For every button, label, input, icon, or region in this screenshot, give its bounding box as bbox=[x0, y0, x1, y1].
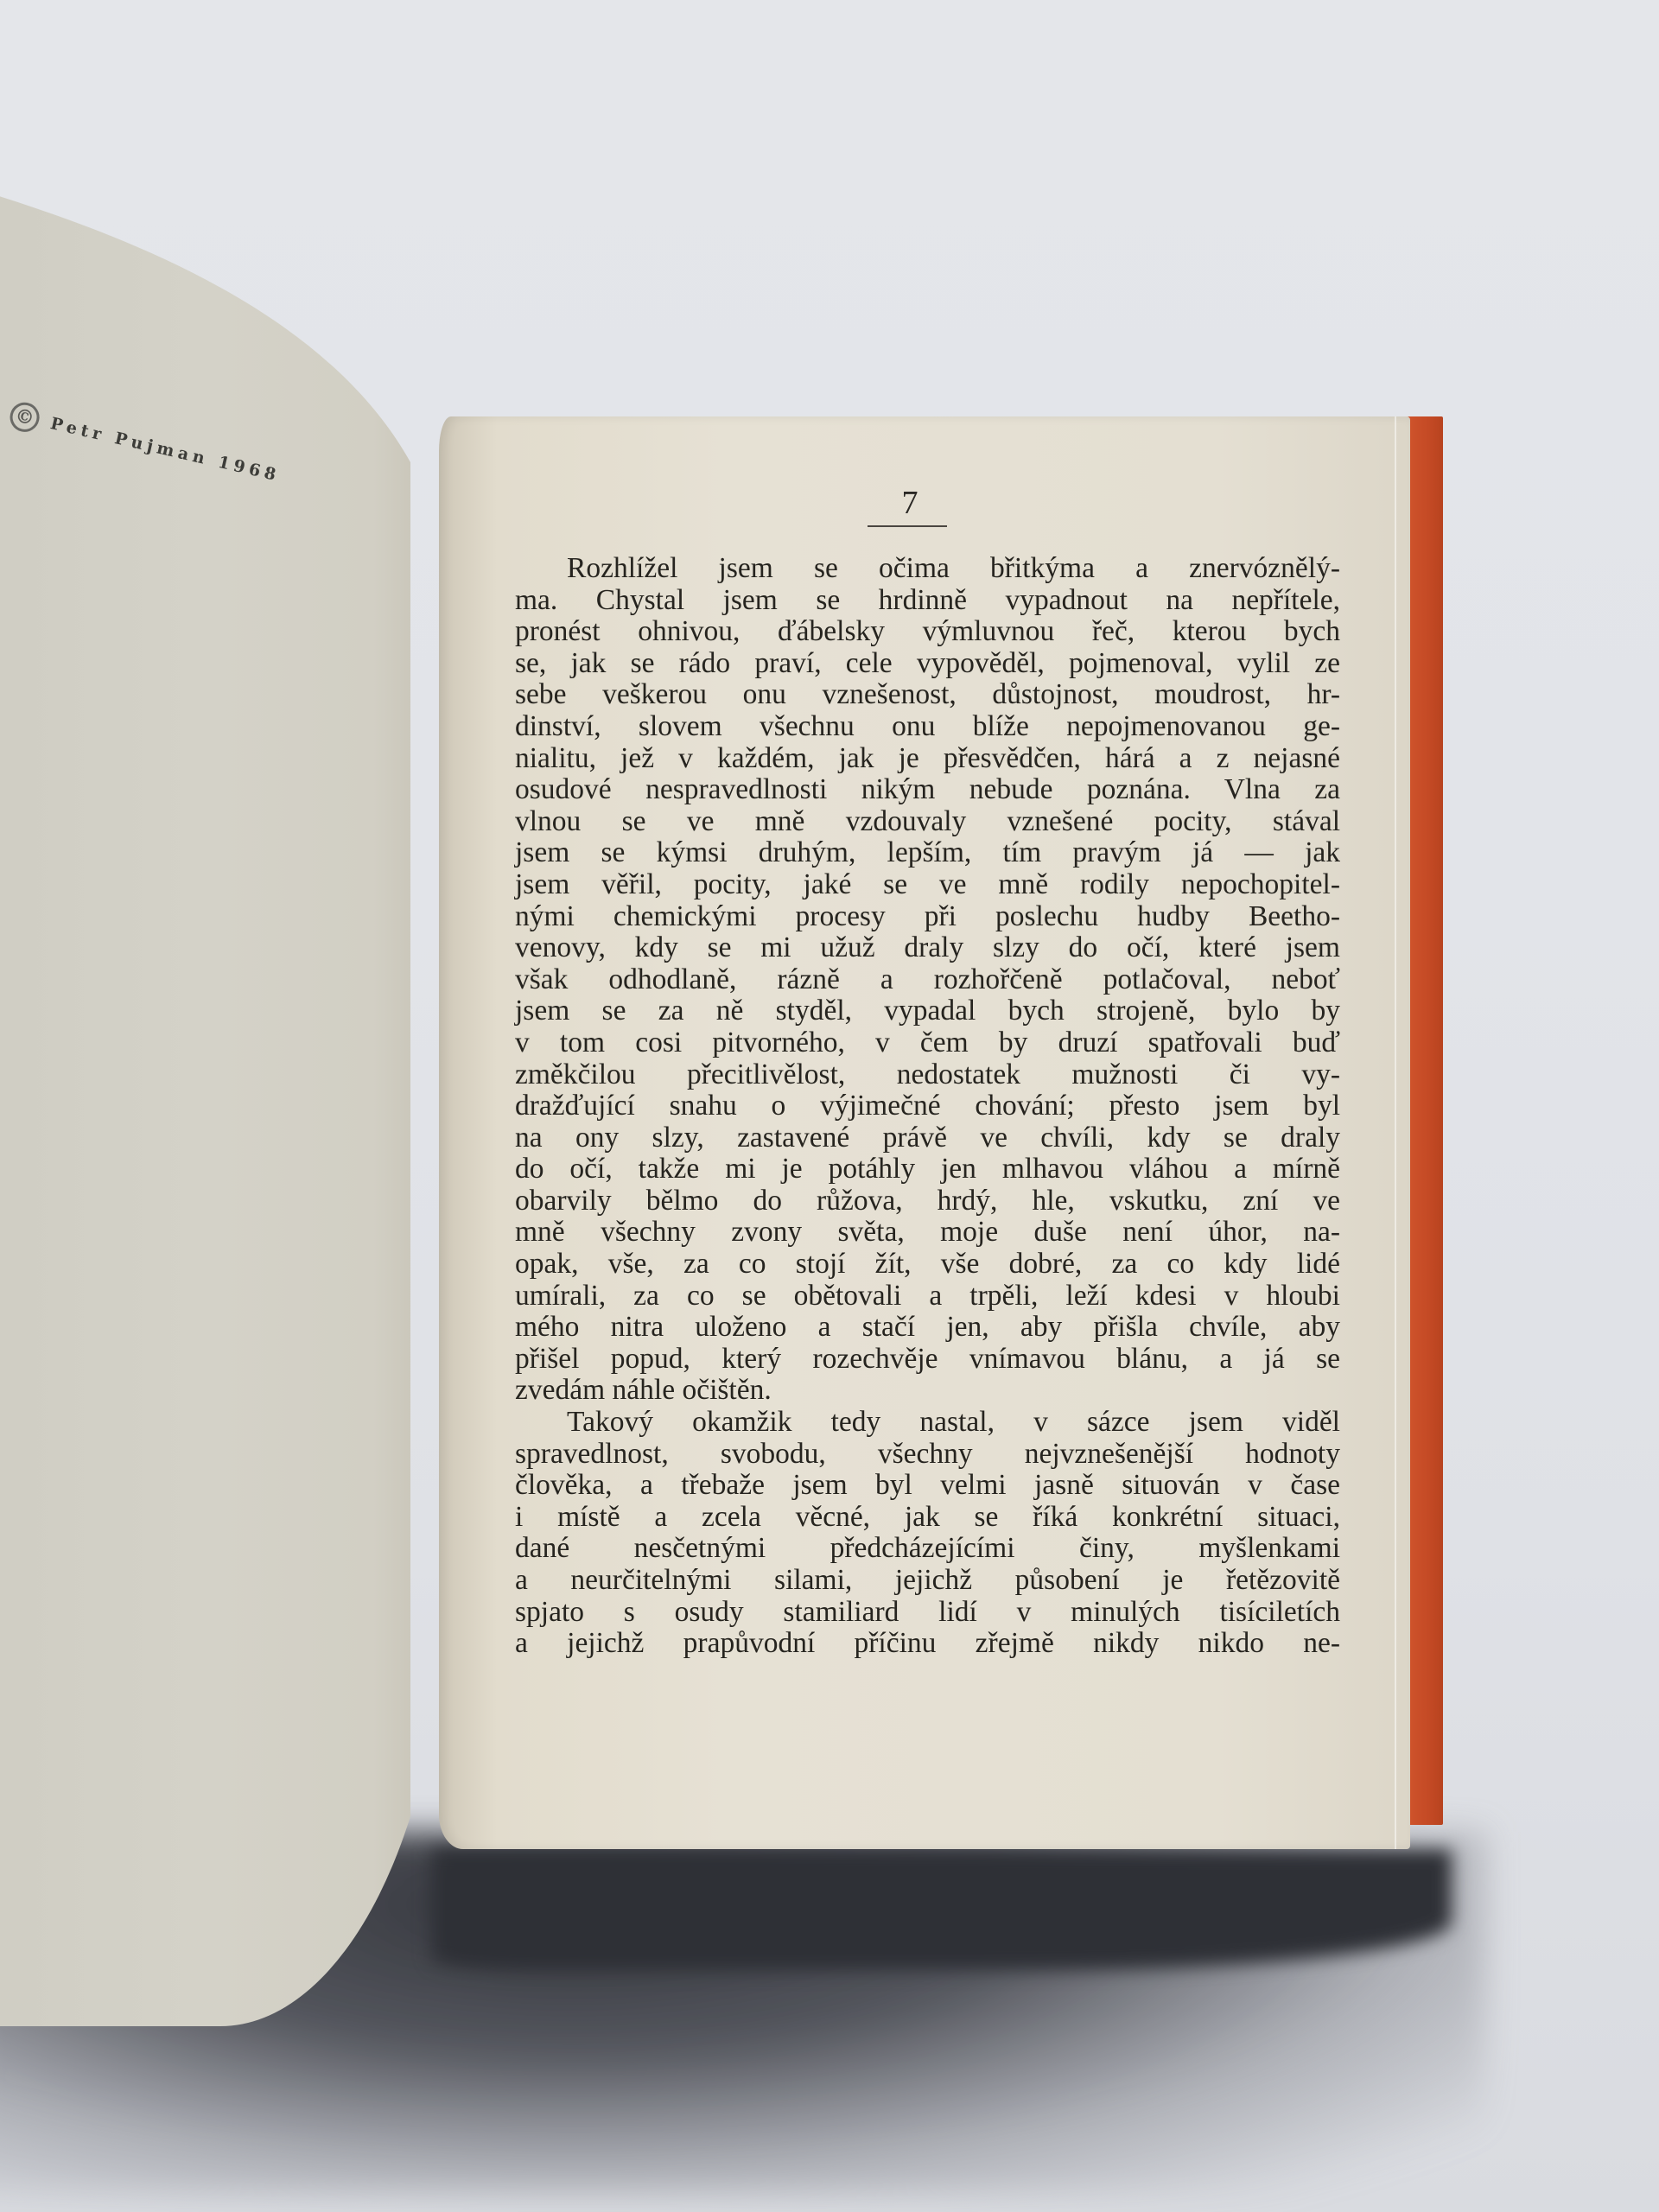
text-line: do očí, takže mi je potáhly jen mlhavou … bbox=[515, 1154, 1340, 1185]
text-line: jsem se kýmsi druhým, lepším, tím pravým… bbox=[515, 837, 1340, 869]
text-line: venovy, kdy se mi užuž draly slzy do očí… bbox=[515, 932, 1340, 964]
page-number-underline bbox=[868, 525, 947, 527]
text-line: jsem se za ně styděl, vypadal bych stroj… bbox=[515, 995, 1340, 1027]
text-line: ma. Chystal jsem se hrdinně vypadnout na… bbox=[515, 585, 1340, 617]
photo-scene: © Petr Pujman 1968 7 Rozhlížel jsem se o… bbox=[0, 0, 1659, 2212]
text-line: v tom cosi pitvorného, v čem by druzí sp… bbox=[515, 1027, 1340, 1059]
text-line: se, jak se rádo praví, cele vypověděl, p… bbox=[515, 648, 1340, 680]
text-line: dražďující snahu o výjimečné chování; př… bbox=[515, 1090, 1340, 1122]
text-line: zvedám náhle očištěn. bbox=[515, 1375, 1340, 1407]
text-line: Rozhlížel jsem se očima břitkýma a znerv… bbox=[515, 553, 1340, 585]
text-line: umírali, za co se obětovali a trpěli, le… bbox=[515, 1281, 1340, 1313]
text-line: osudové nespravedlnosti nikým nebude poz… bbox=[515, 774, 1340, 806]
text-line: spjato s osudy stamiliard lidí v minulýc… bbox=[515, 1597, 1340, 1629]
text-line: i místě a zcela věcné, jak se říká konkr… bbox=[515, 1502, 1340, 1534]
text-line: pronést ohnivou, ďábelsky výmluvnou řeč,… bbox=[515, 616, 1340, 648]
text-line: dané nesčetnými předcházejícími činy, my… bbox=[515, 1533, 1340, 1565]
text-line: jsem věřil, pocity, jaké se ve mně rodil… bbox=[515, 869, 1340, 901]
text-line: a jejichž prapůvodní příčinu zřejmě nikd… bbox=[515, 1628, 1340, 1660]
text-line: spravedlnost, svobodu, všechny nejvzneše… bbox=[515, 1439, 1340, 1471]
text-line: přišel popud, který rozechvěje vnímavou … bbox=[515, 1344, 1340, 1376]
text-line: obarvily bělmo do růžova, hrdý, hle, vsk… bbox=[515, 1185, 1340, 1217]
text-line: vlnou se ve mně vzdouvaly vznešené pocit… bbox=[515, 806, 1340, 838]
text-line: a neurčitelnými silami, jejichž působení… bbox=[515, 1565, 1340, 1597]
text-line: však odhodlaně, rázně a rozhořčeně potla… bbox=[515, 964, 1340, 996]
body-text: Rozhlížel jsem se očima břitkýma a znerv… bbox=[515, 553, 1340, 1660]
text-line: nialitu, jež v každém, jak je přesvědčen… bbox=[515, 743, 1340, 775]
orange-cover-edge bbox=[1407, 416, 1443, 1825]
text-line: dinství, slovem všechnu onu blíže nepojm… bbox=[515, 711, 1340, 743]
text-line: sebe veškerou onu vznešenost, důstojnost… bbox=[515, 679, 1340, 711]
text-line: Takový okamžik tedy nastal, v sázce jsem… bbox=[515, 1407, 1340, 1439]
book-shadow-core bbox=[432, 1849, 1452, 1970]
text-line: nými chemickými procesy při poslechu hud… bbox=[515, 901, 1340, 933]
text-line: mého nitra uloženo a stačí jen, aby přiš… bbox=[515, 1312, 1340, 1344]
text-line: na ony slzy, zastavené právě ve chvíli, … bbox=[515, 1122, 1340, 1154]
text-line: mně všechny zvony světa, moje duše není … bbox=[515, 1217, 1340, 1249]
copyright-icon: © bbox=[7, 399, 42, 435]
page-number: 7 bbox=[871, 484, 949, 522]
text-line: změkčilou přecitlivělost, nedostatek muž… bbox=[515, 1059, 1340, 1091]
text-line: opak, vše, za co stojí žít, vše dobré, z… bbox=[515, 1249, 1340, 1281]
text-line: člověka, a třebaže jsem byl velmi jasně … bbox=[515, 1470, 1340, 1502]
